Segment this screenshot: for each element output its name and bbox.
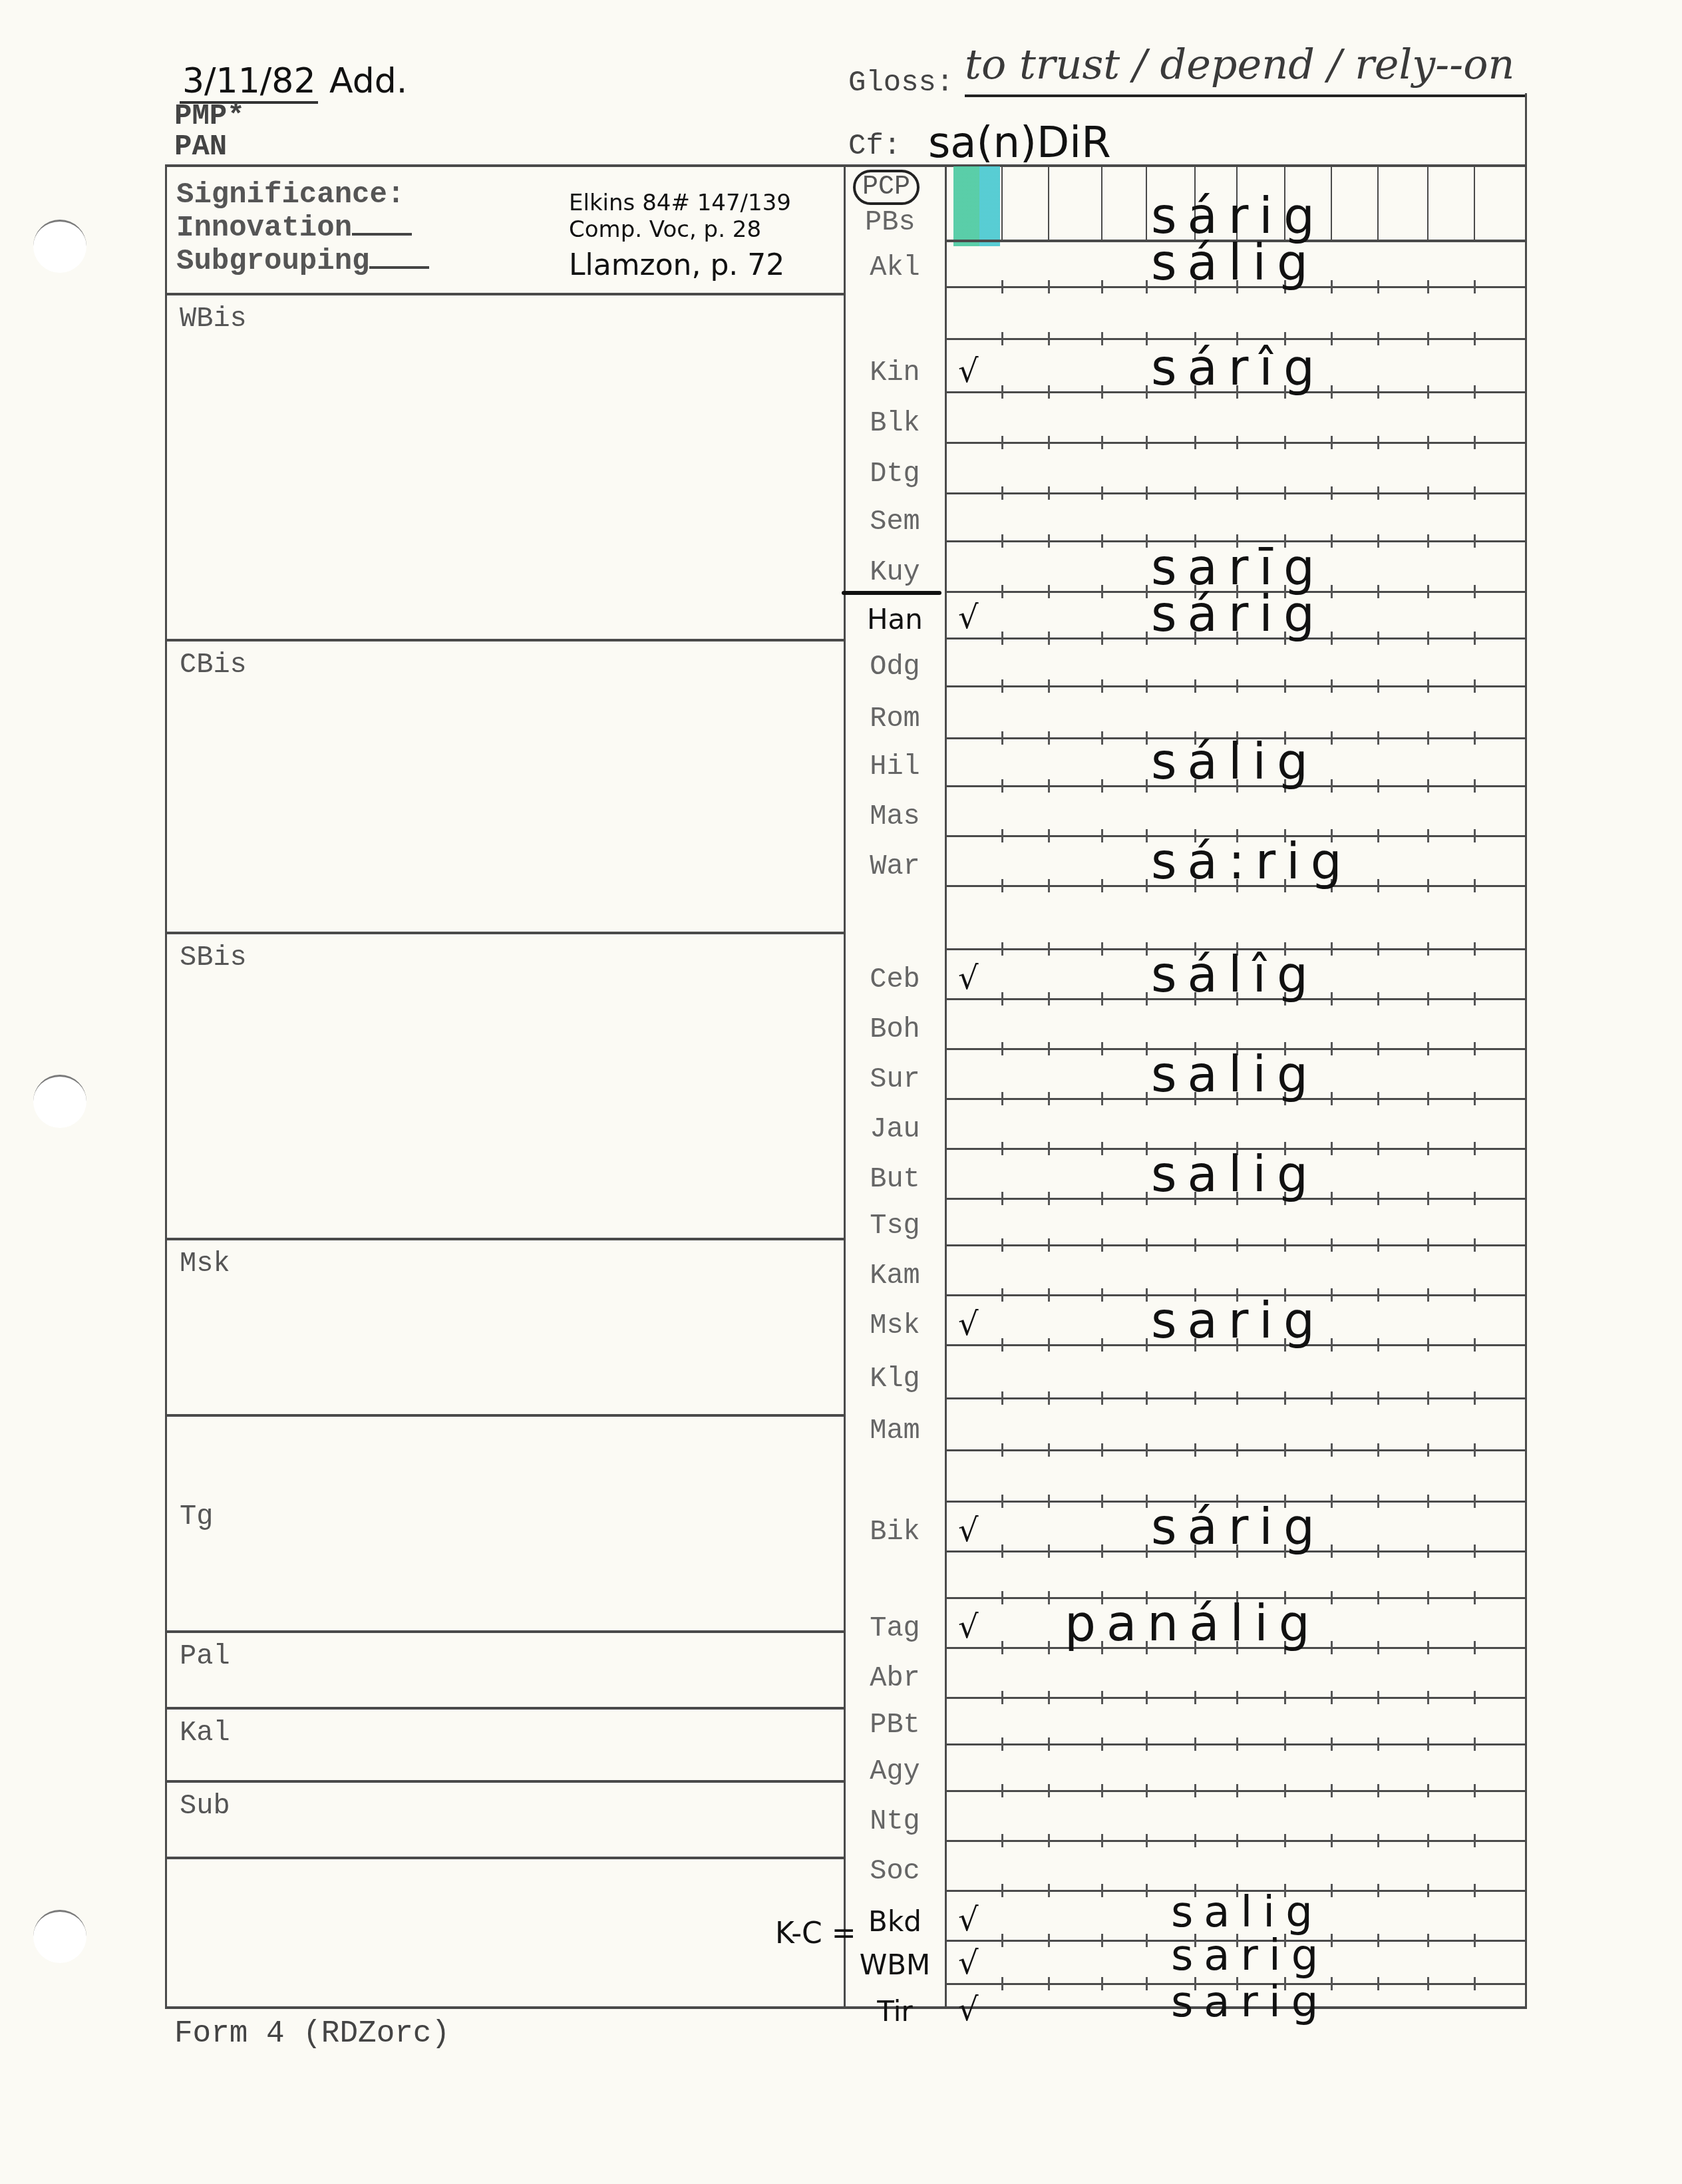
row-tick [1331, 1338, 1333, 1352]
row-tick [1001, 1884, 1003, 1897]
row-tick [1146, 1338, 1148, 1352]
row-tick [1377, 679, 1379, 693]
row-tick [1146, 1391, 1148, 1405]
cf-label: Cf: [848, 130, 901, 163]
row-tick [1377, 534, 1379, 548]
check-mark[interactable]: √ [958, 1306, 979, 1343]
language-label-sem: Sem [848, 506, 941, 538]
row-tick [1474, 1977, 1476, 1990]
row-tick [1146, 1691, 1148, 1704]
row-tick [1101, 632, 1103, 645]
region-label-pal: Pal [180, 1640, 230, 1672]
language-label-pbs: PBs [865, 206, 916, 238]
row-tick [1427, 585, 1429, 598]
row-tick [1146, 1834, 1148, 1847]
row-tick [1284, 486, 1286, 500]
row-tick [1377, 1042, 1379, 1055]
row-tick [1331, 1391, 1333, 1405]
row-tick [1048, 879, 1050, 892]
date-note: 3/11/82 Add. [180, 61, 407, 101]
row-tick [1048, 1977, 1050, 1990]
row-tick [1001, 679, 1003, 693]
row-tick [1001, 1545, 1003, 1558]
row-tick [1048, 779, 1050, 793]
row-tick [1331, 1641, 1333, 1654]
row-tick [1236, 436, 1238, 449]
form-footer: Form 4 (RDZorc) [174, 2016, 450, 2051]
row-tick [1427, 1238, 1429, 1252]
row-tick [1236, 486, 1238, 500]
row-tick [1048, 486, 1050, 500]
row-tick [1377, 879, 1379, 892]
row-tick [1001, 280, 1003, 293]
row-tick [1048, 679, 1050, 693]
row-tick [1474, 632, 1476, 645]
row-tick [1001, 1192, 1003, 1205]
row-tick [1048, 942, 1050, 956]
check-mark[interactable]: √ [958, 960, 979, 997]
reference: Comp. Voc, p. 28 [569, 216, 791, 243]
row-tick [1146, 332, 1148, 345]
region-divider [165, 932, 844, 934]
row-tick [1377, 1443, 1379, 1457]
row-tick [1284, 1737, 1286, 1751]
row-tick [1474, 1042, 1476, 1055]
row-tick [1146, 1884, 1148, 1897]
region-divider [165, 1414, 844, 1417]
row-tick [1331, 1092, 1333, 1105]
row-tick [1001, 1443, 1003, 1457]
row-tick [1048, 992, 1050, 1005]
header-cell-divider [1331, 164, 1332, 241]
check-mark[interactable]: √ [958, 599, 979, 636]
row-tick [1331, 1834, 1333, 1847]
row-tick [1284, 436, 1286, 449]
row-tick [1101, 1884, 1103, 1897]
row-tick [1377, 992, 1379, 1005]
reflex-bkd[interactable]: salig [1171, 1888, 1323, 1937]
row-tick [1101, 992, 1103, 1005]
reflex-war[interactable]: sá:rig [1151, 833, 1353, 890]
language-label-dtg: Dtg [848, 458, 941, 490]
row-tick [1146, 1192, 1148, 1205]
row-tick [1474, 1391, 1476, 1405]
punch-hole [33, 1910, 86, 1963]
region-divider [165, 639, 844, 641]
row-tick [1474, 486, 1476, 500]
row-tick [1474, 1192, 1476, 1205]
row-tick [1427, 486, 1429, 500]
row-tick [1284, 679, 1286, 693]
language-label-han: Han [848, 603, 941, 636]
language-label-pbt: PBt [848, 1709, 941, 1741]
language-label-abr: Abr [848, 1662, 941, 1694]
row-tick [1427, 1092, 1429, 1105]
reflex-wbm[interactable]: sarig [1171, 1931, 1329, 1980]
row-tick [1048, 1042, 1050, 1055]
row-tick [1331, 679, 1333, 693]
row-tick [1001, 1338, 1003, 1352]
innovation-blank[interactable] [352, 233, 412, 236]
row-tick [1474, 1545, 1476, 1558]
row-tick [1048, 1391, 1050, 1405]
row-tick [1377, 332, 1379, 345]
row-tick [1236, 1784, 1238, 1797]
row-tick [1474, 534, 1476, 548]
row-tick [1377, 1934, 1379, 1947]
row-tick [1331, 332, 1333, 345]
row-tick [1101, 280, 1103, 293]
kc-note: K-C = [775, 1916, 856, 1950]
row-tick [1331, 585, 1333, 598]
language-label-ntg: Ntg [848, 1805, 941, 1837]
row-tick [1474, 280, 1476, 293]
row-tick [1377, 632, 1379, 645]
row-tick [1146, 486, 1148, 500]
row-tick [1101, 1391, 1103, 1405]
row-tick [1146, 1977, 1148, 1990]
row-tick [1377, 1977, 1379, 1990]
row-tick [1377, 436, 1379, 449]
row-tick [1001, 731, 1003, 745]
row-tick [1427, 385, 1429, 399]
row-tick [1146, 731, 1148, 745]
header-cell-divider [1474, 164, 1475, 241]
row-tick [1001, 992, 1003, 1005]
row-tick [1146, 1495, 1148, 1508]
row-tick [1474, 1142, 1476, 1155]
subgrouping-blank[interactable] [369, 266, 429, 269]
language-label-war: War [848, 850, 941, 882]
row-tick [1377, 1641, 1379, 1654]
row-tick [1377, 1691, 1379, 1704]
row-tick [1331, 1042, 1333, 1055]
row-tick [1331, 992, 1333, 1005]
subgrouping-label: Subgrouping [176, 245, 369, 278]
row-tick [1427, 1834, 1429, 1847]
row-tick [1101, 332, 1103, 345]
region-label-sbis: SBis [180, 942, 247, 974]
row-tick [1377, 385, 1379, 399]
language-label-kam: Kam [848, 1260, 941, 1292]
row-tick [1474, 585, 1476, 598]
row-tick [1474, 829, 1476, 842]
row-tick [1474, 1288, 1476, 1302]
row-tick [1377, 1338, 1379, 1352]
row-tick [1377, 1545, 1379, 1558]
region-divider [165, 1780, 844, 1783]
row-tick [1101, 585, 1103, 598]
row-tick [1474, 332, 1476, 345]
row-tick [1146, 1238, 1148, 1252]
row-tick [1377, 1142, 1379, 1155]
row-tick [1194, 1737, 1196, 1751]
row-tick [1101, 1192, 1103, 1205]
language-label-bik: Bik [848, 1516, 941, 1548]
row-tick [1048, 1338, 1050, 1352]
row-tick [1474, 679, 1476, 693]
row-tick [1101, 731, 1103, 745]
region-label-cbis: CBis [180, 649, 247, 681]
row-tick [1001, 1691, 1003, 1704]
row-tick [1331, 486, 1333, 500]
row-tick [1427, 1338, 1429, 1352]
row-tick [1474, 1641, 1476, 1654]
row-tick [1001, 332, 1003, 345]
row-tick [1101, 829, 1103, 842]
row-tick [1427, 534, 1429, 548]
row-tick [1048, 1495, 1050, 1508]
reflex-ceb[interactable]: sálîg [1151, 946, 1319, 1003]
reflex-tir[interactable]: sarig [1171, 1978, 1329, 2027]
row-tick [1146, 280, 1148, 293]
language-label-but: But [848, 1163, 941, 1195]
row-tick [1474, 1884, 1476, 1897]
header-cell-divider [1427, 164, 1429, 241]
row-tick [1427, 942, 1429, 956]
row-tick [1427, 1784, 1429, 1797]
language-label-tir: Tir [848, 1995, 941, 2028]
row-tick [1331, 1142, 1333, 1155]
row-tick [1048, 1443, 1050, 1457]
language-label-tsg: Tsg [848, 1210, 941, 1242]
row-tick [1377, 1784, 1379, 1797]
row-tick [1377, 1737, 1379, 1751]
check-mark[interactable]: √ [958, 1608, 979, 1646]
reflex-tag[interactable]: panálig [1065, 1595, 1321, 1652]
reflex-kin[interactable]: sárîg [1151, 339, 1325, 397]
region-label-tg: Tg [180, 1501, 213, 1533]
row-tick [1474, 1691, 1476, 1704]
row-tick [1101, 1691, 1103, 1704]
row-tick [1236, 1691, 1238, 1704]
row-tick [1377, 1238, 1379, 1252]
language-label-bkd: Bkd [848, 1905, 941, 1938]
language-label-rom: Rom [848, 703, 941, 735]
row-tick [1048, 731, 1050, 745]
reflex-hil[interactable]: sálig [1151, 733, 1319, 791]
row-tick [1146, 585, 1148, 598]
label-col-right [945, 164, 947, 2008]
date-suffix: Add. [329, 61, 407, 101]
row-tick [1194, 1834, 1196, 1847]
row-tick [1001, 1092, 1003, 1105]
row-tick [1377, 1495, 1379, 1508]
language-label-mam: Mam [848, 1415, 941, 1447]
row-tick [1427, 1977, 1429, 1990]
row-tick [1474, 1784, 1476, 1797]
row-tick [1048, 632, 1050, 645]
row-tick [1377, 1092, 1379, 1105]
language-label-soc: Soc [848, 1855, 941, 1887]
check-mark[interactable]: √ [958, 353, 979, 390]
row-tick [1284, 1443, 1286, 1457]
row-tick [1194, 1391, 1196, 1405]
row-tick [1101, 1443, 1103, 1457]
language-label-akl: Akl [848, 252, 941, 283]
row-tick [1474, 436, 1476, 449]
row-tick [1331, 280, 1333, 293]
row-tick [1001, 829, 1003, 842]
language-label-blk: Blk [848, 407, 941, 439]
row-tick [1331, 1934, 1333, 1947]
language-label-hil: Hil [848, 751, 941, 783]
row-tick [1048, 1641, 1050, 1654]
row-tick [1146, 779, 1148, 793]
language-label-agy: Agy [848, 1755, 941, 1787]
row-tick [1331, 436, 1333, 449]
row-tick [1101, 1238, 1103, 1252]
row-tick [1427, 1591, 1429, 1604]
row-tick [1427, 280, 1429, 293]
frame-top [165, 164, 1527, 167]
row-tick [1331, 1977, 1333, 1990]
row-tick [1146, 632, 1148, 645]
row-tick [1194, 486, 1196, 500]
row-tick [1101, 779, 1103, 793]
language-label-tag: Tag [848, 1612, 941, 1644]
row-tick [1427, 992, 1429, 1005]
row-tick [1101, 1042, 1103, 1055]
reflex-msk[interactable]: sarig [1151, 1292, 1325, 1350]
check-mark[interactable]: √ [958, 1991, 979, 2028]
row-tick [1146, 1545, 1148, 1558]
row-tick [1001, 534, 1003, 548]
pmp-label: PMP* [174, 100, 245, 133]
row-tick [1284, 1238, 1286, 1252]
kuy-han-separator [842, 591, 941, 595]
row-tick [1001, 1391, 1003, 1405]
row-tick [1146, 1042, 1148, 1055]
region-divider [165, 293, 844, 295]
references: Elkins 84# 147/139 Comp. Voc, p. 28 Llam… [569, 190, 791, 279]
row-tick [1236, 1238, 1238, 1252]
row-tick [1048, 1834, 1050, 1847]
reference: Elkins 84# 147/139 [569, 190, 791, 216]
row-tick [1284, 1391, 1286, 1405]
row-tick [1474, 1934, 1476, 1947]
row-tick [1146, 1934, 1148, 1947]
row-tick [1427, 1545, 1429, 1558]
row-tick [1101, 1784, 1103, 1797]
row-tick [1474, 1737, 1476, 1751]
row-tick [1146, 829, 1148, 842]
reflex-akl[interactable]: sálig [1151, 234, 1319, 291]
row-tick [1377, 1192, 1379, 1205]
reflex-han[interactable]: sárig [1151, 586, 1325, 643]
row-tick [1001, 1834, 1003, 1847]
row-tick [1331, 534, 1333, 548]
row-tick [1146, 1142, 1148, 1155]
reflex-sur[interactable]: salig [1151, 1046, 1319, 1103]
header-cell-divider [1377, 164, 1379, 241]
check-mark[interactable]: √ [958, 1944, 979, 1982]
row-tick [1427, 779, 1429, 793]
row-tick [1427, 731, 1429, 745]
language-label-msk: Msk [848, 1310, 941, 1342]
row-tick [1194, 1238, 1196, 1252]
row-tick [1146, 1288, 1148, 1302]
row-tick [1101, 879, 1103, 892]
reflex-but[interactable]: salig [1151, 1146, 1319, 1203]
row-tick [1331, 1784, 1333, 1797]
row-tick [1194, 1443, 1196, 1457]
row-tick [1001, 486, 1003, 500]
row-tick [1001, 1142, 1003, 1155]
row-tick [1101, 1142, 1103, 1155]
row-tick [1001, 385, 1003, 399]
row-tick [1474, 1591, 1476, 1604]
row-tick [1048, 534, 1050, 548]
region-divider [165, 1707, 844, 1710]
row-tick [1284, 1834, 1286, 1847]
row-tick [1236, 1443, 1238, 1457]
language-label-kin: Kin [848, 357, 941, 389]
row-tick [1001, 1934, 1003, 1947]
row-tick [1194, 1691, 1196, 1704]
check-mark[interactable]: √ [958, 1512, 979, 1549]
row-tick [1331, 1737, 1333, 1751]
row-tick [1146, 1737, 1148, 1751]
header-cell-divider [1048, 164, 1049, 241]
row-tick [1331, 1443, 1333, 1457]
row-tick [1474, 1443, 1476, 1457]
row-tick [1427, 879, 1429, 892]
row-tick [1146, 992, 1148, 1005]
row-tick [1427, 829, 1429, 842]
row-tick [1048, 1092, 1050, 1105]
row-tick [1001, 879, 1003, 892]
row-tick [1048, 1591, 1050, 1604]
header-cell-divider [1146, 164, 1147, 241]
language-label-odg: Odg [848, 651, 941, 683]
row-tick [1146, 385, 1148, 399]
row-tick [1331, 1192, 1333, 1205]
row-tick [1474, 879, 1476, 892]
row-tick [1001, 1641, 1003, 1654]
row-tick [1427, 1495, 1429, 1508]
row-tick [1427, 1737, 1429, 1751]
row-tick [1146, 942, 1148, 956]
reflex-bik[interactable]: sárig [1151, 1499, 1325, 1556]
row-tick [1427, 1443, 1429, 1457]
row-tick [1001, 632, 1003, 645]
row-tick [1284, 1691, 1286, 1704]
region-label-sub: Sub [180, 1790, 230, 1822]
row-tick [1474, 385, 1476, 399]
row-tick [1236, 1391, 1238, 1405]
row-tick [1146, 1784, 1148, 1797]
language-label-kuy: Kuy [848, 556, 941, 588]
row-tick [1001, 1238, 1003, 1252]
pan-label: PAN [174, 130, 227, 164]
check-mark[interactable]: √ [958, 1901, 979, 1938]
row-tick [1377, 1591, 1379, 1604]
row-tick [1427, 1192, 1429, 1205]
significance-title: Significance: [176, 178, 429, 212]
row-tick [1048, 1784, 1050, 1797]
gloss-label: Gloss: [848, 67, 953, 100]
row-tick [1101, 486, 1103, 500]
row-tick [1001, 1495, 1003, 1508]
row-tick [1194, 436, 1196, 449]
row-tick [1146, 679, 1148, 693]
label-col-left [844, 164, 846, 2008]
frame-left [165, 164, 167, 2008]
row-tick [1284, 1784, 1286, 1797]
row-tick [1331, 632, 1333, 645]
row-tick [1377, 731, 1379, 745]
